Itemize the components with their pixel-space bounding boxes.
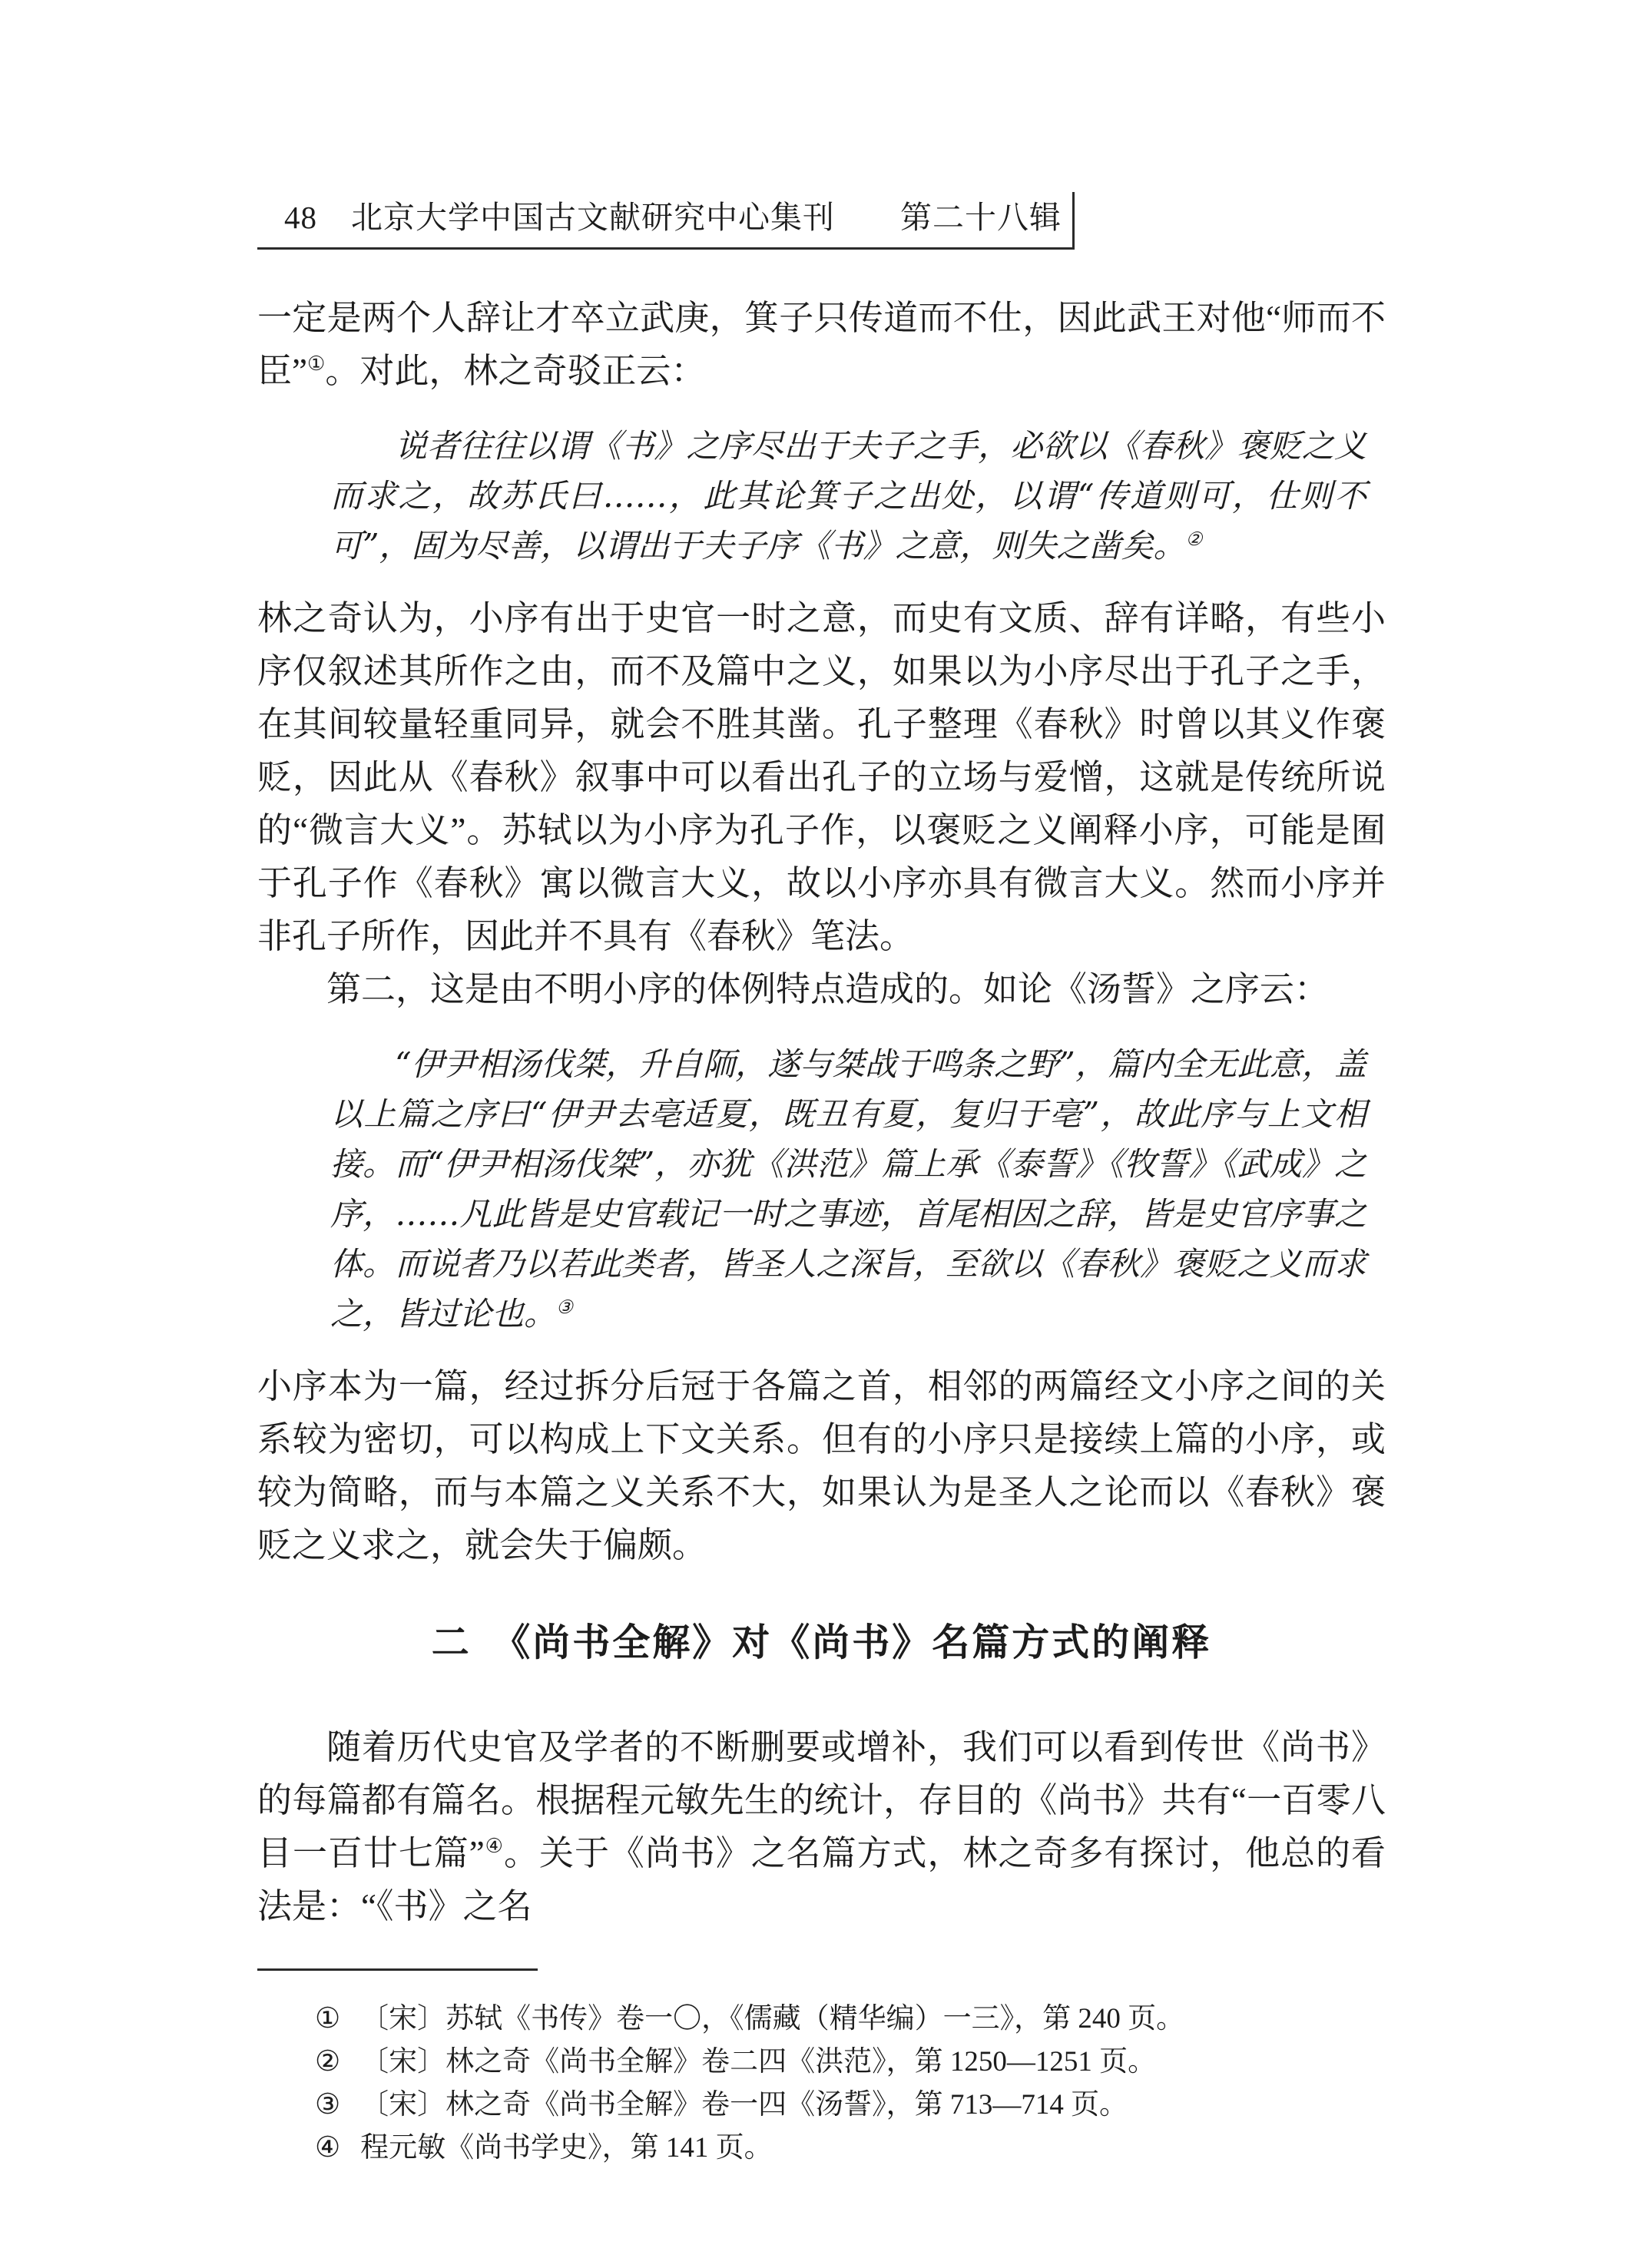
- block-quote-2-text: “伊尹相汤伐桀，升自陑，遂与桀战于鸣条之野”，篇内全无此意，盖以上篇之序曰“伊尹…: [330, 1045, 1366, 1333]
- paragraph-2-text: 林之奇认为，小序有出于史官一时之意，而史有文质、辞有详略，有些小序仅叙述其所作之…: [257, 599, 1386, 955]
- paragraph-1-tail: 。对此，林之奇驳正云：: [325, 352, 705, 390]
- block-quote-1-text: 说者往往以谓《书》之序尽出于夫子之手，必欲以《春秋》褒贬之义而求之，故苏氏曰………: [330, 427, 1366, 565]
- footnote-number: ④: [315, 2131, 340, 2166]
- issue-number: 第二十八辑: [900, 192, 1062, 237]
- journal-title: 北京大学中国古文献研究中心集刊: [351, 192, 835, 237]
- scanned-journal-page: 48 北京大学中国古文献研究中心集刊 第二十八辑 一定是两个人辞让才卒立武庚，箕…: [0, 0, 1633, 2268]
- paragraph-2: 林之奇认为，小序有出于史官一时之意，而史有文质、辞有详略，有些小序仅叙述其所作之…: [257, 592, 1386, 963]
- footnote-ref-1: ①: [307, 353, 325, 375]
- footnote-number: ③: [315, 2088, 340, 2123]
- footnote-text: 〔宋〕林之奇《尚书全解》卷一四《汤誓》，第 713—714 页。: [360, 2088, 1386, 2123]
- paragraph-3-text: 第二，这是由不明小序的体例特点造成的。如论《汤誓》之序云：: [326, 970, 1329, 1008]
- footnote-text: 〔宋〕苏轼《书传》卷一〇，《儒藏（精华编）一三》，第 240 页。: [360, 2001, 1386, 2037]
- running-head: 48 北京大学中国古文献研究中心集刊 第二十八辑: [257, 192, 1075, 250]
- footnote-ref-3: ③: [556, 1296, 573, 1318]
- section-heading: 二 《尚书全解》对《尚书》名篇方式的阐释: [257, 1620, 1386, 1666]
- footnote-number: ①: [315, 2001, 340, 2037]
- paragraph-3: 第二，这是由不明小序的体例特点造成的。如论《汤誓》之序云：: [257, 963, 1386, 1016]
- footnote-text: 〔宋〕林之奇《尚书全解》卷二四《洪范》，第 1250—1251 页。: [360, 2045, 1386, 2080]
- footnote-number: ②: [315, 2045, 340, 2080]
- article-body: 一定是两个人辞让才卒立武庚，箕子只传道而不仕，因此武王对他“师而不臣”①。对此，…: [257, 292, 1386, 1933]
- paragraph-4-text: 小序本为一篇，经过拆分后冠于各篇之首，相邻的两篇经文小序之间的关系较为密切，可以…: [257, 1367, 1386, 1564]
- page-number: 48: [284, 199, 317, 236]
- footnote-item: ③ 〔宋〕林之奇《尚书全解》卷一四《汤誓》，第 713—714 页。: [257, 2088, 1386, 2123]
- footnote-item: ① 〔宋〕苏轼《书传》卷一〇，《儒藏（精华编）一三》，第 240 页。: [257, 2001, 1386, 2037]
- paragraph-5: 随着历代史官及学者的不断删要或增补，我们可以看到传世《尚书》的每篇都有篇名。根据…: [257, 1721, 1386, 1933]
- footnote-rule: [257, 1968, 538, 1971]
- block-quote-2: “伊尹相汤伐桀，升自陑，遂与桀战于鸣条之野”，篇内全无此意，盖以上篇之序曰“伊尹…: [330, 1039, 1366, 1339]
- block-quote-1: 说者往往以谓《书》之序尽出于夫子之手，必欲以《春秋》褒贬之义而求之，故苏氏曰………: [330, 421, 1366, 571]
- footnote-item: ④ 程元敏《尚书学史》，第 141 页。: [257, 2131, 1386, 2166]
- footnote-ref-4: ④: [485, 1835, 504, 1857]
- footnote-text: 程元敏《尚书学史》，第 141 页。: [360, 2131, 1386, 2166]
- paragraph-4: 小序本为一篇，经过拆分后冠于各篇之首，相邻的两篇经文小序之间的关系较为密切，可以…: [257, 1360, 1386, 1572]
- footnote-ref-2: ②: [1185, 528, 1202, 550]
- footnote-area: ① 〔宋〕苏轼《书传》卷一〇，《儒藏（精华编）一三》，第 240 页。 ② 〔宋…: [257, 1968, 1386, 2166]
- paragraph-1: 一定是两个人辞让才卒立武庚，箕子只传道而不仕，因此武王对他“师而不臣”①。对此，…: [257, 292, 1386, 398]
- footnote-item: ② 〔宋〕林之奇《尚书全解》卷二四《洪范》，第 1250—1251 页。: [257, 2045, 1386, 2080]
